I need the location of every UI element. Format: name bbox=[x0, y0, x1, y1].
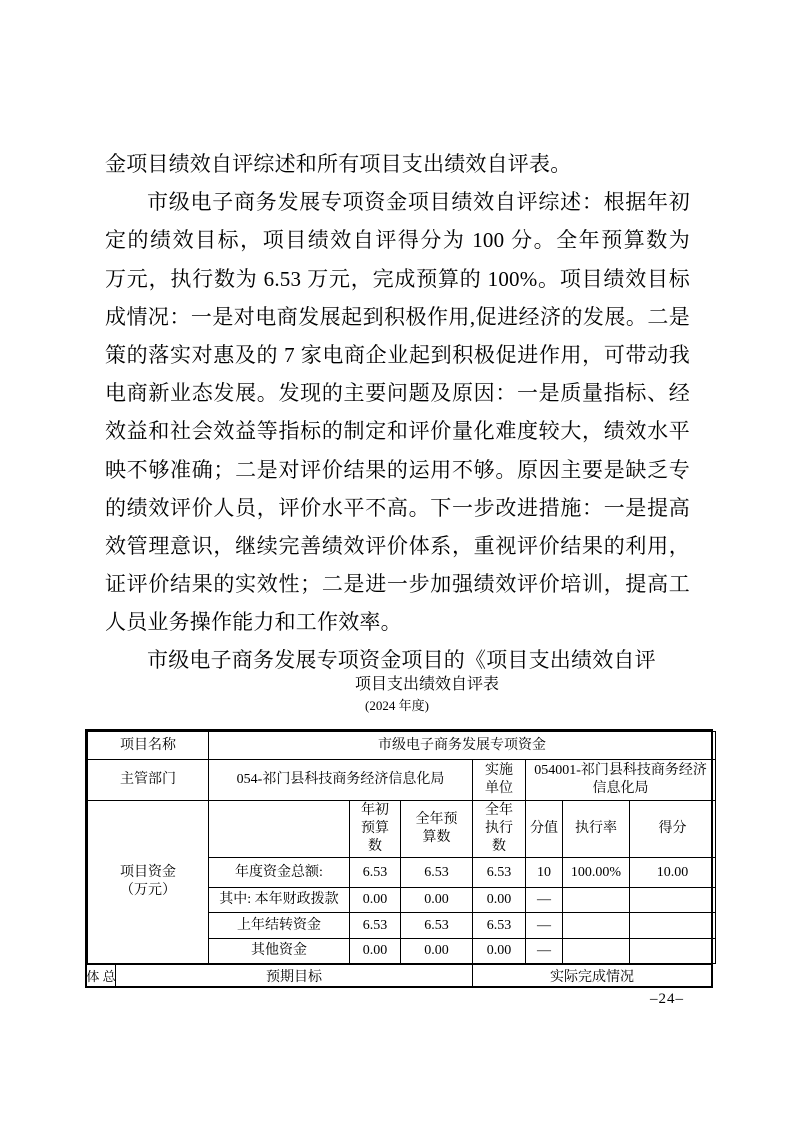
fund-row-label: 上年结转资金 bbox=[209, 913, 350, 939]
col-header-score: 得分 bbox=[630, 801, 716, 858]
col-header-initial-budget: 年初 预算 数 bbox=[350, 801, 401, 858]
body-text-line: 证评价结果的实效性；二是进一步加强绩效评价培训，提高工作 bbox=[105, 565, 690, 603]
fund-value-cell bbox=[563, 888, 630, 913]
impl-unit-label: 实施 单位 bbox=[473, 760, 526, 801]
body-text-line: 电商新业态发展。发现的主要问题及原因：一是质量指标、经济 bbox=[105, 374, 690, 412]
page-number: –24– bbox=[650, 991, 684, 1008]
overall-goal-row: 体 总 预期目标 实际完成情况 bbox=[87, 964, 711, 986]
fund-value-cell: 6.53 bbox=[350, 858, 401, 888]
body-paragraphs: 金项目绩效自评综述和所有项目支出绩效自评表。 市级电子商务发展专项资金项目绩效自… bbox=[105, 145, 690, 680]
body-text-line: 映不够准确；二是对评价结果的运用不够。原因主要是缺乏专业 bbox=[105, 451, 690, 489]
funds-section-label: 项目资金 （万元） bbox=[88, 801, 209, 964]
col-header-fullyear-executed: 全年 执行 数 bbox=[473, 801, 526, 858]
fund-value-cell: 0.00 bbox=[401, 888, 473, 913]
fund-value-cell: 0.00 bbox=[473, 888, 526, 913]
fund-value-cell: 0.00 bbox=[473, 939, 526, 964]
fund-value-cell bbox=[563, 939, 630, 964]
body-text-line: 定的绩效目标，项目绩效自评得分为 100 分。全年预算数为 6.53 bbox=[105, 221, 690, 259]
fund-value-cell: — bbox=[526, 913, 563, 939]
project-name-value: 市级电子商务发展专项资金 bbox=[209, 732, 716, 760]
table-subtitle: (2024 年度) bbox=[365, 698, 429, 713]
fund-value-cell: — bbox=[526, 888, 563, 913]
goal-row-left-label: 体 总 bbox=[87, 965, 116, 986]
fund-value-cell bbox=[630, 913, 716, 939]
dept-label: 主管部门 bbox=[88, 760, 209, 801]
body-text-line: 市级电子商务发展专项资金项目的《项目支出绩效自评表》。 bbox=[105, 641, 690, 679]
fund-value-cell: 0.00 bbox=[350, 939, 401, 964]
actual-completion-header: 实际完成情况 bbox=[473, 965, 711, 986]
fund-value-cell: — bbox=[526, 939, 563, 964]
body-text-line: 效管理意识，继续完善绩效评价体系，重视评价结果的利用，保 bbox=[105, 527, 690, 565]
dept-value: 054-祁门县科技商务经济信息化局 bbox=[209, 760, 473, 801]
fund-value-cell: 10.00 bbox=[630, 858, 716, 888]
fund-value-cell bbox=[563, 913, 630, 939]
col-header-exec-rate: 执行率 bbox=[563, 801, 630, 858]
fund-row-label: 其中: 本年财政拨款 bbox=[209, 888, 350, 913]
fund-value-cell bbox=[630, 888, 716, 913]
document-page: 金项目绩效自评综述和所有项目支出绩效自评表。 市级电子商务发展专项资金项目绩效自… bbox=[0, 0, 793, 1122]
body-text-line: 的绩效评价人员，评价水平不高。下一步改进措施：一是提高绩 bbox=[105, 489, 690, 527]
project-name-label: 项目名称 bbox=[88, 732, 209, 760]
body-text-line: 人员业务操作能力和工作效率。 bbox=[105, 603, 690, 641]
fund-value-cell: 6.53 bbox=[401, 913, 473, 939]
body-text-line: 成情况：一是对电商发展起到积极作用,促进经济的发展。二是政 bbox=[105, 298, 690, 336]
fund-value-cell: 10 bbox=[526, 858, 563, 888]
fund-value-cell: 6.53 bbox=[473, 913, 526, 939]
self-eval-table: 项目名称 市级电子商务发展专项资金 主管部门 054-祁门县科技商务经济信息化局… bbox=[85, 729, 713, 988]
fund-row-label: 其他资金 bbox=[209, 939, 350, 964]
fund-value-cell: 6.53 bbox=[401, 858, 473, 888]
body-text-line: 万元，执行数为 6.53 万元，完成预算的 100%。项目绩效目标完 bbox=[105, 260, 690, 298]
col-header-fullyear-budget: 全年预 算数 bbox=[401, 801, 473, 858]
fund-value-cell bbox=[630, 939, 716, 964]
body-text-line: 市级电子商务发展专项资金项目绩效自评综述：根据年初设 bbox=[105, 183, 690, 221]
fund-value-cell: 100.00% bbox=[563, 858, 630, 888]
expected-goal-header: 预期目标 bbox=[116, 965, 473, 986]
col-header-score-value: 分值 bbox=[526, 801, 563, 858]
body-text-line: 金项目绩效自评综述和所有项目支出绩效自评表。 bbox=[105, 145, 690, 183]
fund-row-label: 年度资金总额: bbox=[209, 858, 350, 888]
body-text-line: 效益和社会效益等指标的制定和评价量化难度较大，绩效水平反 bbox=[105, 412, 690, 450]
fund-value-cell: 6.53 bbox=[350, 913, 401, 939]
body-text-line: 策的落实对惠及的 7 家电商企业起到积极促进作用，可带动我县 bbox=[105, 336, 690, 374]
fund-value-cell: 6.53 bbox=[473, 858, 526, 888]
table-title: 项目支出绩效自评表 bbox=[355, 676, 499, 694]
fund-value-cell: 0.00 bbox=[401, 939, 473, 964]
fund-value-cell: 0.00 bbox=[350, 888, 401, 913]
impl-unit-value: 054001-祁门县科技商务经济 信息化局 bbox=[526, 760, 716, 801]
empty-cell bbox=[209, 801, 350, 858]
